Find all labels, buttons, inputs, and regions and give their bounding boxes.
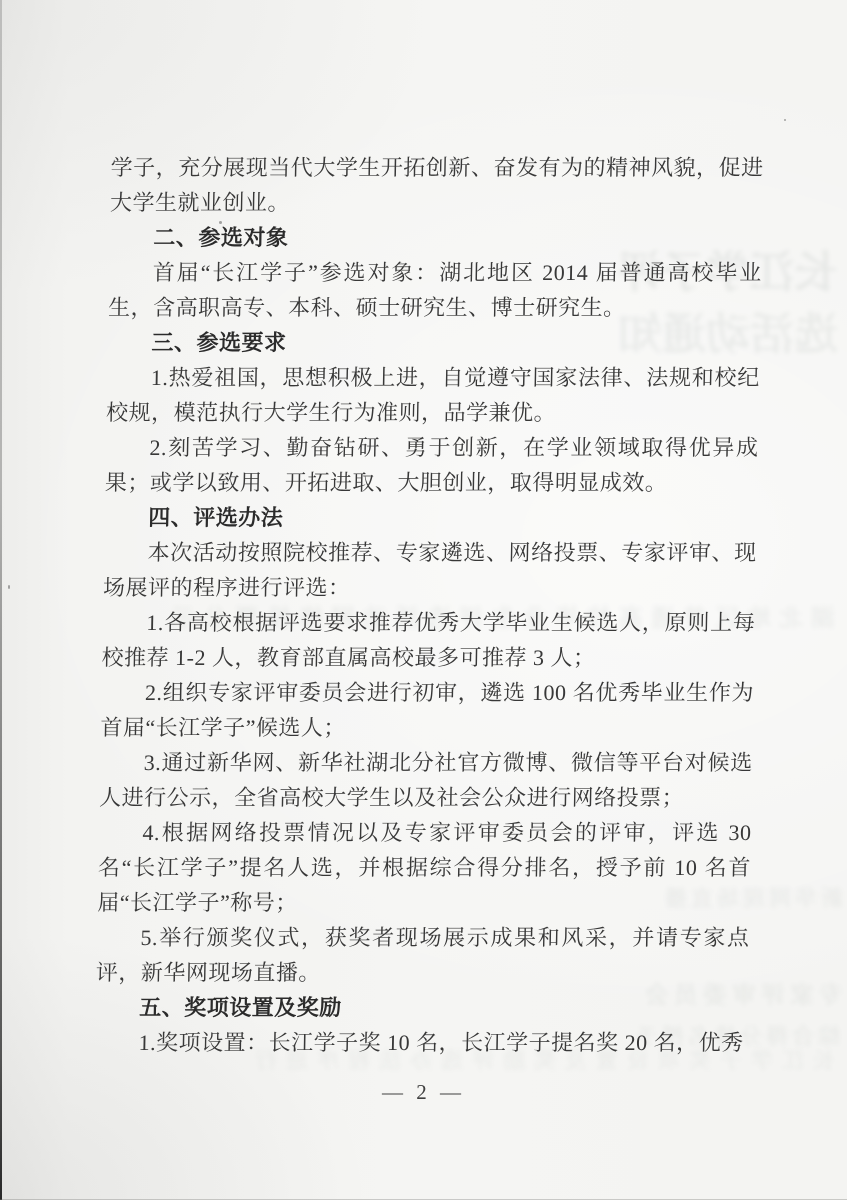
paragraph: 2.刻苦学习、勤奋钻研、勇于创新，在学业领域取得优异成果；或学以致用、开拓进取、… — [105, 430, 759, 500]
section-heading: 三、参选要求 — [107, 325, 761, 360]
paragraph: 本次活动按照院校推荐、专家遴选、网络投票、专家评审、现场展评的程序进行评选： — [103, 535, 757, 605]
paragraph: 3.通过新华网、新华社湖北分社官方微博、微信等平台对候选人进行公示，全省高校大学… — [99, 745, 753, 815]
section-heading: 五、奖项设置及奖励 — [95, 990, 749, 1025]
paragraph: 4.根据网络投票情况以及专家评审委员会的评审，评选 30 名“长江学子”提名人选… — [97, 815, 752, 920]
document-body: 学子，充分展现当代大学生开拓创新、奋发有为的精神风貌，促进大学生就业创业。 二、… — [94, 150, 764, 1060]
paragraph: 1.奖项设置：长江学子奖 10 名，长江学子提名奖 20 名，优秀 — [94, 1025, 748, 1060]
paragraph: 2.组织专家评审委员会进行初审，遴选 100 名优秀毕业生作为首届“长江学子”候… — [100, 675, 754, 745]
page-number: — 2 — — [0, 1080, 847, 1105]
scan-edge-line — [0, 0, 2, 1200]
paragraph: 1.各高校根据评选要求推荐优秀大学毕业生候选人，原则上每校推荐 1-2 人，教育… — [101, 605, 755, 675]
paragraph: 学子，充分展现当代大学生开拓创新、奋发有为的精神风貌，促进大学生就业创业。 — [110, 150, 764, 220]
scanned-document-page: 长江学子评 选活动通知 湖北地区普通高校毕业生评选活动网络投票公示 新华网现场直… — [0, 0, 847, 1200]
paragraph: 5.举行颁奖仪式，获奖者现场展示成果和风采，并请专家点评，新华网现场直播。 — [96, 920, 750, 990]
section-heading: 二、参选对象 — [109, 220, 763, 255]
ink-speck — [784, 119, 786, 121]
paragraph: 1.热爱祖国，思想积极上进，自觉遵守国家法律、法规和校纪校规，模范执行大学生行为… — [106, 360, 760, 430]
section-heading: 四、评选办法 — [104, 500, 758, 535]
ink-speck — [8, 585, 10, 589]
paragraph: 首届“长江学子”参选对象：湖北地区 2014 届普通高校毕业生，含高职高专、本科… — [108, 255, 762, 325]
